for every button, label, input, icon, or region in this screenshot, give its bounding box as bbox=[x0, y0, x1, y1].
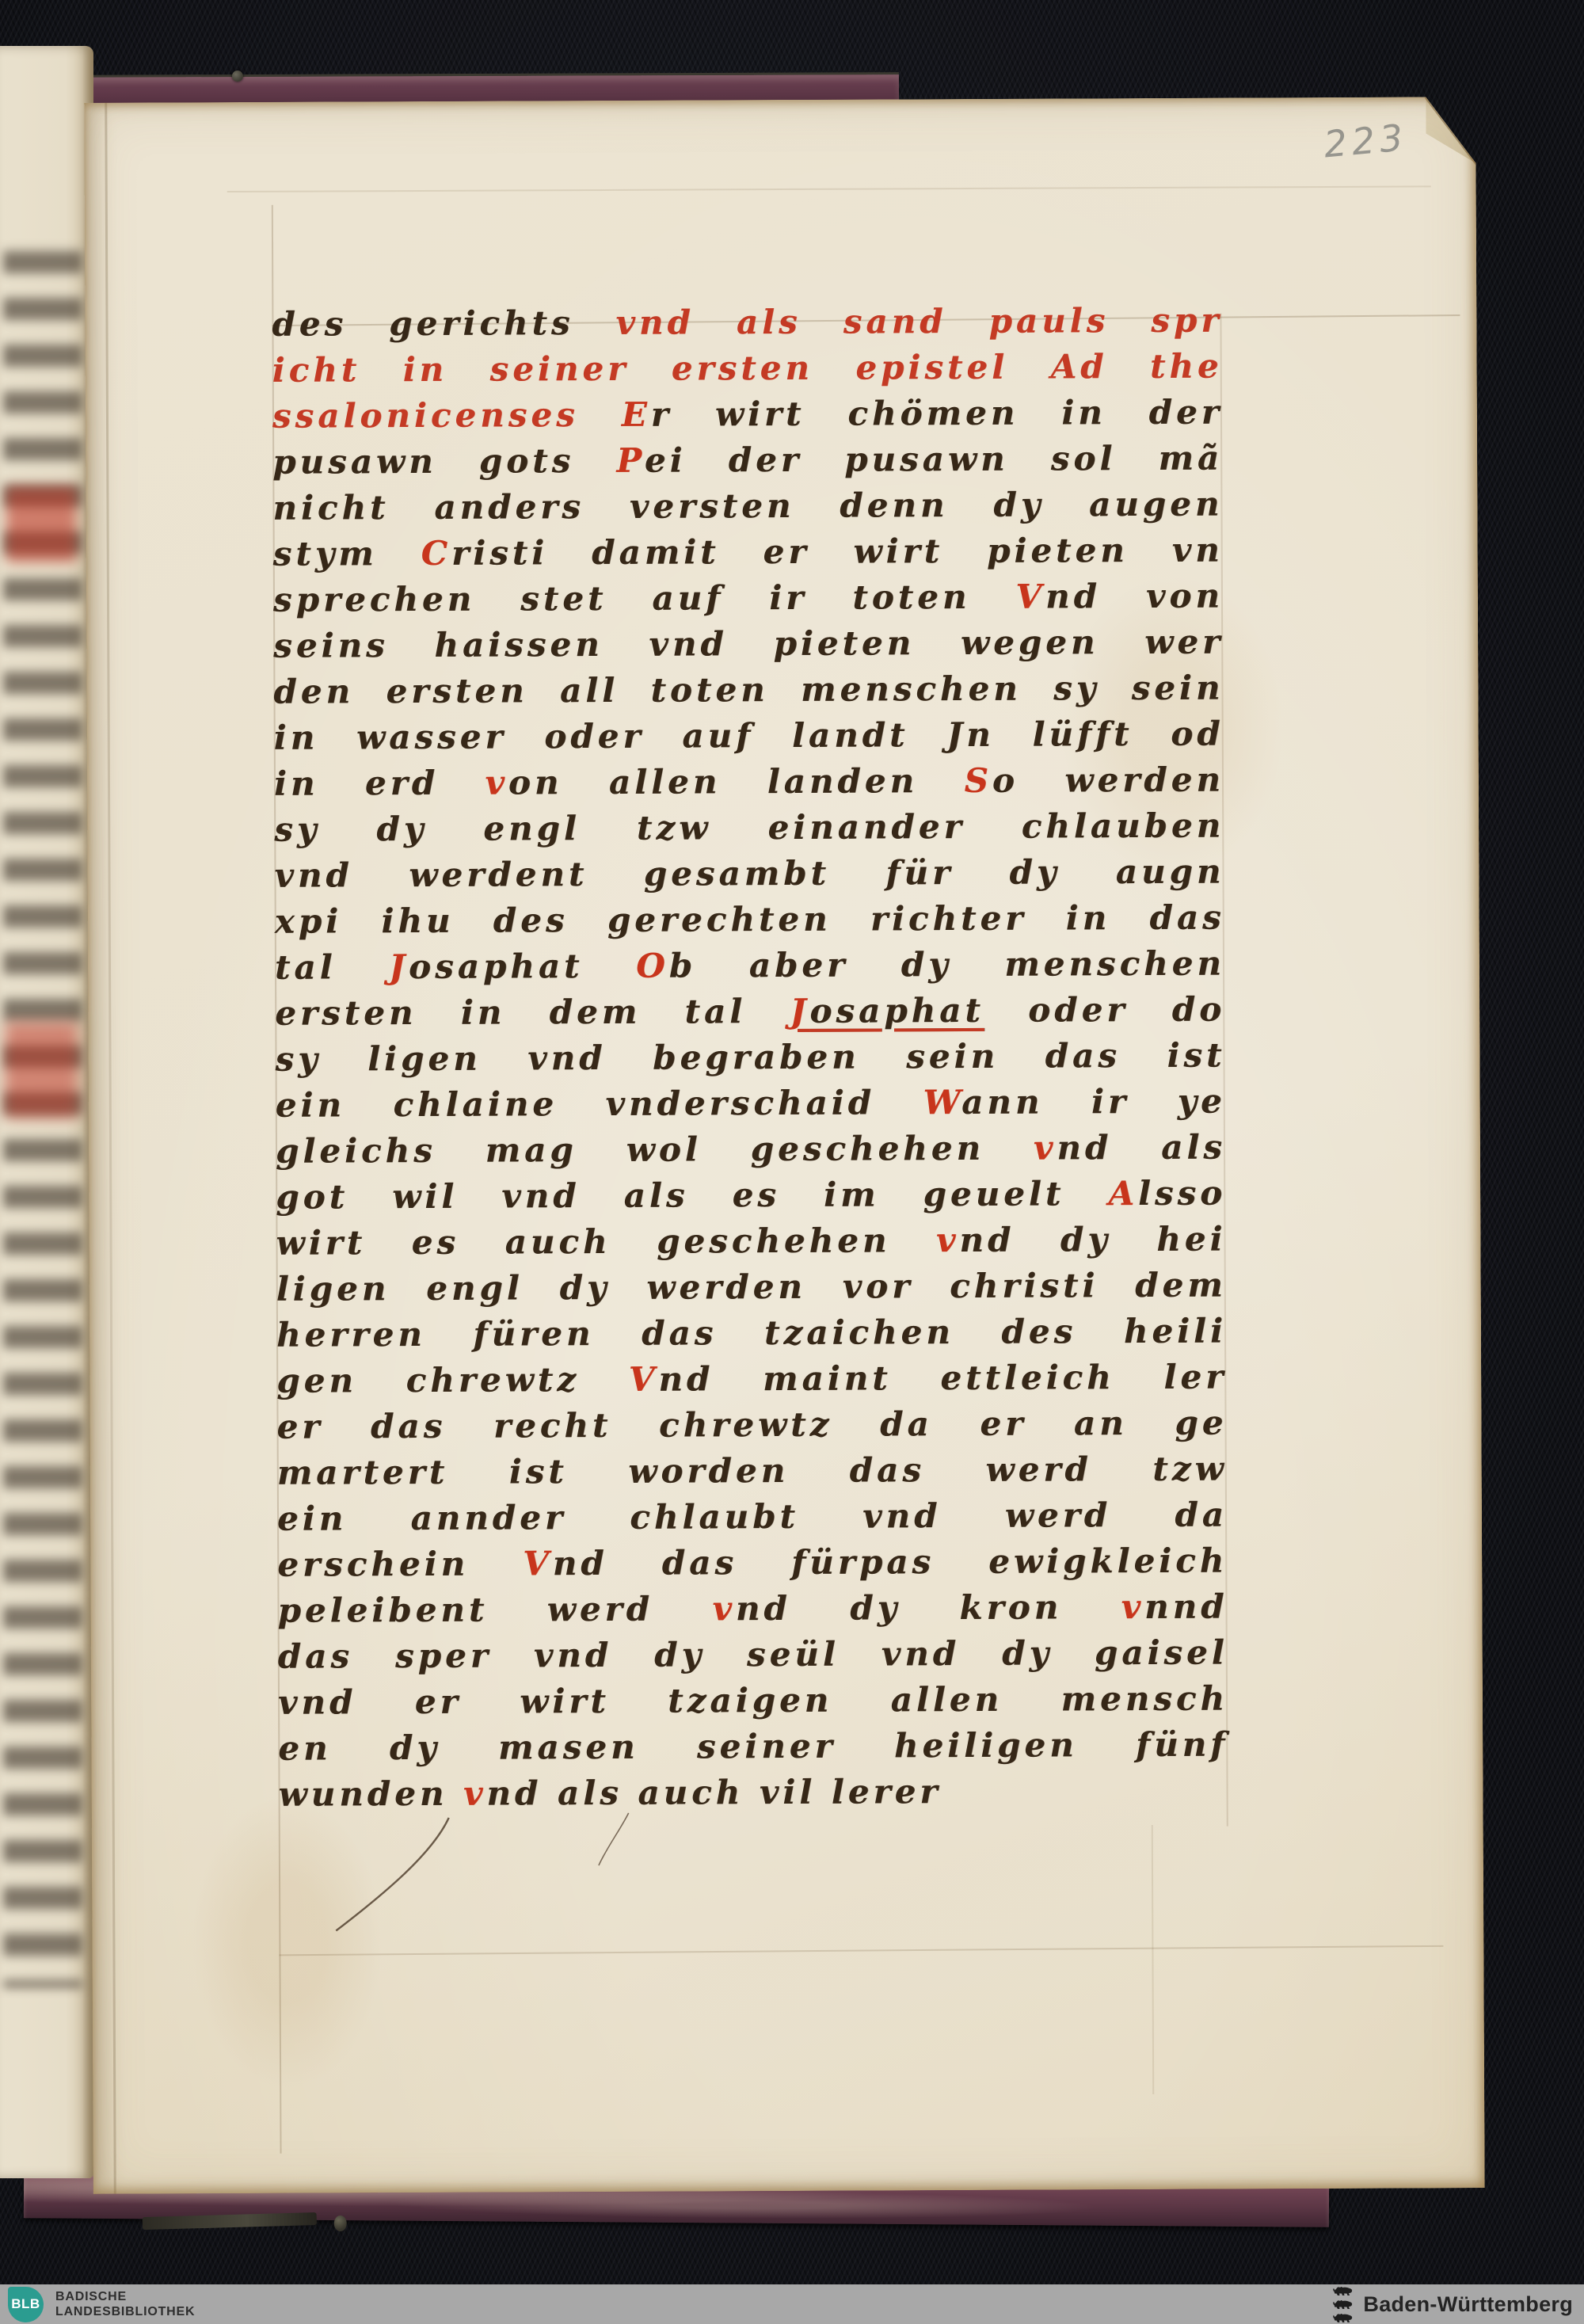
manuscript-line: den ersten all toten menschen sy sein bbox=[273, 665, 1224, 715]
state-name: Baden-Württemberg bbox=[1363, 2292, 1573, 2317]
digitized-manuscript-photograph: 223 des gerichts vnd als sand pauls spri… bbox=[0, 0, 1584, 2324]
manuscript-line: herren füren das tzaichen des heili bbox=[276, 1309, 1227, 1358]
folio-number: 223 bbox=[1322, 116, 1409, 166]
library-name-line1: BADISCHE bbox=[55, 2289, 195, 2304]
footer-bar: BLB BADISCHE LANDESBIBLIOTHEK Baden-Würt… bbox=[0, 2284, 1584, 2324]
manuscript-line: gleichs mag wol geschehen vnd als bbox=[276, 1125, 1226, 1175]
library-name-line2: LANDESBIBLIOTHEK bbox=[55, 2304, 195, 2319]
manuscript-line: wirt es auch geschehen vnd dy hei bbox=[276, 1217, 1226, 1267]
blb-logo-text: BLB bbox=[11, 2296, 40, 2312]
library-name: BADISCHE LANDESBIBLIOTHEK bbox=[55, 2289, 195, 2319]
manuscript-line: got wil vnd als es im geuelt Alsso bbox=[276, 1171, 1226, 1221]
manuscript-line: ein chlaine vnderschaid Wann ir ye bbox=[276, 1079, 1226, 1129]
manuscript-line: gen chrewtz Vnd maint ettleich ler bbox=[276, 1354, 1227, 1404]
manuscript-line: en dy masen seiner heiligen fünf bbox=[278, 1722, 1228, 1772]
manuscript-line: ssalonicenses Er wirt chömen in der bbox=[272, 390, 1223, 440]
manuscript-line: pusawn gots Pei der pusawn sol mã bbox=[272, 436, 1223, 486]
facing-page-red-rubric-blur bbox=[5, 1022, 78, 1118]
manuscript-line: ersten in dem tal Josaphat oder do bbox=[275, 987, 1225, 1037]
manuscript-line: stym Cristi damit er wirt pieten vn bbox=[273, 528, 1224, 577]
horizontal-crease bbox=[227, 185, 1431, 192]
pen-flourish bbox=[329, 1804, 663, 2059]
manuscript-line: er das recht chrewtz da er an ge bbox=[276, 1400, 1227, 1450]
manuscript-line: nicht anders versten denn dy augen bbox=[272, 482, 1223, 531]
facing-page-red-rubric-blur bbox=[6, 486, 76, 562]
library-branding: BLB BADISCHE LANDESBIBLIOTHEK bbox=[8, 2287, 195, 2322]
manuscript-line: vnd werdent gesambt für dy augn bbox=[274, 849, 1224, 899]
clasp-screw bbox=[232, 70, 243, 82]
manuscript-line: xpi ihu des gerechten richter in das bbox=[275, 895, 1225, 945]
manuscript-line: erschein Vnd das fürpas ewigkleich bbox=[277, 1538, 1228, 1588]
blb-logo-icon: BLB bbox=[8, 2287, 44, 2322]
manuscript-line: das sper vnd dy seül vnd dy gaisel bbox=[278, 1630, 1228, 1680]
manuscript-line: in erd von allen landen So werden bbox=[274, 757, 1224, 807]
manuscript-line: in wasser oder auf landt Jn lüfft od bbox=[274, 711, 1224, 761]
facing-page-edge bbox=[0, 46, 93, 2178]
manuscript-line: martert ist worden das werd tzw bbox=[277, 1446, 1228, 1496]
manuscript-line: icht in seiner ersten epistel Ad the bbox=[272, 344, 1223, 394]
clasp-fitting bbox=[143, 2212, 317, 2230]
manuscript-line: ein annder chlaubt vnd werd da bbox=[277, 1492, 1228, 1542]
manuscript-line: peleibent werd vnd dy kron vnnd bbox=[277, 1584, 1228, 1634]
baden-wuerttemberg-coat-of-arms-icon bbox=[1332, 2285, 1354, 2323]
gutter-crease bbox=[105, 103, 116, 2194]
manuscript-line: vnd er wirt tzaigen allen mensch bbox=[278, 1676, 1228, 1726]
clasp-knob bbox=[334, 2215, 347, 2231]
manuscript-line: seins haissen vnd pieten wegen wer bbox=[273, 619, 1224, 669]
manuscript-line: sy ligen vnd begraben sein das ist bbox=[275, 1033, 1225, 1083]
manuscript-text-block: des gerichts vnd als sand pauls spricht … bbox=[272, 298, 1228, 1818]
vertical-crease bbox=[1152, 1825, 1154, 2094]
manuscript-line: ligen engl dy werden vor christi dem bbox=[276, 1263, 1227, 1312]
manuscript-line: tal Josaphat Ob aber dy menschen bbox=[275, 941, 1225, 991]
state-branding: Baden-Württemberg bbox=[1332, 2285, 1576, 2323]
manuscript-line: des gerichts vnd als sand pauls spr bbox=[272, 298, 1222, 348]
manuscript-page: 223 des gerichts vnd als sand pauls spri… bbox=[84, 97, 1485, 2194]
manuscript-line: sy dy engl tzw einander chlauben bbox=[274, 803, 1224, 853]
manuscript-line: sprechen stet auf ir toten Vnd von bbox=[273, 573, 1224, 623]
